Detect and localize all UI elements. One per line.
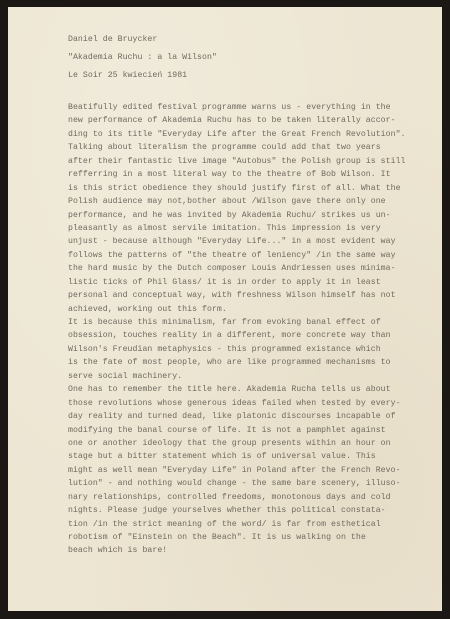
article-title-line: "Akademia Ruchu : a la Wilson" — [68, 49, 217, 67]
body-line: achieved, working out this form. — [68, 303, 440, 316]
body-line: tion /in the strict meaning of the word/… — [68, 518, 440, 531]
body-line: one or another ideology that the group p… — [68, 437, 440, 450]
body-line: is the fate of most people, who are like… — [68, 356, 440, 369]
article-body: Beatifully edited festival programme war… — [68, 101, 440, 558]
body-line: One has to remember the title here. Akad… — [68, 383, 440, 396]
body-line: beach which is bare! — [68, 544, 440, 557]
body-line: Polish audience may not,bother about /Wi… — [68, 195, 440, 208]
body-line: performance, and he was invited by Akade… — [68, 209, 440, 222]
body-line: unjust - because although "Everyday Life… — [68, 235, 440, 248]
body-line: the hard music by the Dutch composer Lou… — [68, 262, 440, 275]
body-line: nights. Please judge yourselves whether … — [68, 504, 440, 517]
body-line: Talking about literalism the programme c… — [68, 141, 440, 154]
body-line: robotism of "Einstein on the Beach". It … — [68, 531, 440, 544]
body-line: day reality and turned dead, like platon… — [68, 410, 440, 423]
body-line: personal and conceptual way, with freshn… — [68, 289, 440, 302]
body-line: nary relationships, controlled freedoms,… — [68, 491, 440, 504]
body-line: new performance of Akademia Ruchu has to… — [68, 114, 440, 127]
body-line: might as well mean "Everyday Life" in Po… — [68, 464, 440, 477]
body-line: lution" - and nothing would change - the… — [68, 477, 440, 490]
body-line: ding to its title "Everyday Life after t… — [68, 128, 440, 141]
source-date-line: Le Soir 25 kwiecień 1981 — [68, 67, 217, 85]
document-header: Daniel de Bruycker "Akademia Ruchu : a l… — [68, 31, 217, 85]
body-line: It is because this minimalism, far from … — [68, 316, 440, 329]
body-line: modifying the banal course of life. It i… — [68, 424, 440, 437]
body-line: listic ticks of Phil Glass/ it is in ord… — [68, 276, 440, 289]
body-line: refferring in a most literal way to the … — [68, 168, 440, 181]
body-line: Beatifully edited festival programme war… — [68, 101, 440, 114]
body-line: is this strict obedience they should jus… — [68, 182, 440, 195]
body-line: serve social machinery. — [68, 370, 440, 383]
body-line: after their fantastic live image "Autobu… — [68, 155, 440, 168]
body-line: follows the patterns of "the theatre of … — [68, 249, 440, 262]
body-line: Wilson's Freudian metaphysics - this pro… — [68, 343, 440, 356]
body-line: obsession, touches reality in a differen… — [68, 329, 440, 342]
body-line: pleasantly as almost servile imitation. … — [68, 222, 440, 235]
author-line: Daniel de Bruycker — [68, 31, 217, 49]
body-line: stage but a bitter statement which is of… — [68, 450, 440, 463]
body-line: those revolutions whose generous ideas f… — [68, 397, 440, 410]
